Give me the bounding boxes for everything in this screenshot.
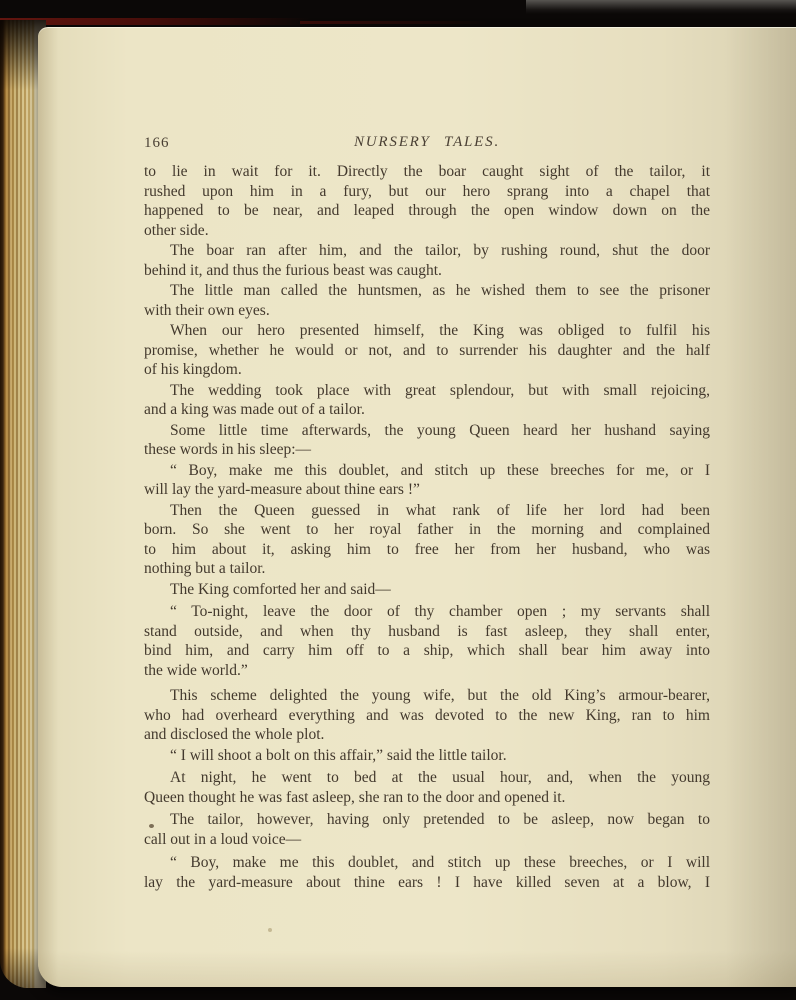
text-line: behind it, and thus the furious beast wa… — [144, 261, 710, 281]
book-cover-red-edge-thin — [300, 21, 490, 24]
text-line: happened to be near, and leaped through … — [144, 201, 710, 221]
text-line: Some little time afterwards, the young Q… — [144, 421, 710, 441]
paragraph: The King comforted her and said— — [144, 580, 710, 600]
text-line: “ Boy, make me this doublet, and stitch … — [144, 853, 710, 873]
paragraph: The wedding took place with great splend… — [144, 381, 710, 420]
book-scan: 166 NURSERY TALES. to lie in wait for it… — [0, 0, 796, 1000]
text-line: The wedding took place with great splend… — [144, 381, 710, 401]
text-line: will lay the yard-measure about thine ea… — [144, 480, 710, 500]
paragraph: “ Boy, make me this doublet, and stitch … — [144, 853, 710, 892]
text-line: The King comforted her and said— — [144, 580, 710, 600]
text-line: nothing but a tailor. — [144, 559, 710, 579]
text-line: born. So she went to her royal father in… — [144, 520, 710, 540]
text-line: The tailor, however, having only pretend… — [144, 810, 710, 830]
text-line: call out in a loud voice— — [144, 830, 710, 850]
text-line: the wide world.” — [144, 661, 710, 681]
paragraph: Then the Queen guessed in what rank of l… — [144, 501, 710, 579]
paragraph: This scheme delighted the young wife, bu… — [144, 686, 710, 745]
text-block: 166 NURSERY TALES. to lie in wait for it… — [144, 133, 710, 892]
text-line: to him about it, asking him to free her … — [144, 540, 710, 560]
text-line: and disclosed the whole plot. — [144, 725, 710, 745]
paragraph: When our hero presented himself, the Kin… — [144, 321, 710, 380]
paragraph: to lie in wait for it. Directly the boar… — [144, 162, 710, 240]
text-line: “ To-night, leave the door of thy chambe… — [144, 602, 710, 622]
paragraph: “ To-night, leave the door of thy chambe… — [144, 602, 710, 680]
text-line: other side. — [144, 221, 710, 241]
text-line: with their own eyes. — [144, 301, 710, 321]
background-glare — [526, 0, 796, 14]
text-line: of his kingdom. — [144, 360, 710, 380]
text-line: Then the Queen guessed in what rank of l… — [144, 501, 710, 521]
body-text: to lie in wait for it. Directly the boar… — [144, 162, 710, 892]
paragraph: “ I will shoot a bolt on this affair,” s… — [144, 746, 710, 766]
text-line: bind him, and carry him off to a ship, w… — [144, 641, 710, 661]
paragraph: Some little time afterwards, the young Q… — [144, 421, 710, 460]
text-line: promise, whether he would or not, and to… — [144, 341, 710, 361]
book-cover-red-edge — [0, 18, 310, 25]
text-line: to lie in wait for it. Directly the boar… — [144, 162, 710, 182]
text-line: When our hero presented himself, the Kin… — [144, 321, 710, 341]
text-line: and a king was made out of a tailor. — [144, 400, 710, 420]
text-line: At night, he went to bed at the usual ho… — [144, 768, 710, 788]
scan-speck — [268, 928, 272, 932]
text-line: Queen thought he was fast asleep, she ra… — [144, 788, 710, 808]
paragraph: The little man called the huntsmen, as h… — [144, 281, 710, 320]
text-line: these words in his sleep:— — [144, 440, 710, 460]
text-line: This scheme delighted the young wife, bu… — [144, 686, 710, 706]
text-line: stand outside, and when thy husband is f… — [144, 622, 710, 642]
text-line: rushed upon him in a fury, but our hero … — [144, 182, 710, 202]
page-number: 166 — [144, 135, 170, 152]
text-line: “ I will shoot a bolt on this affair,” s… — [144, 746, 710, 766]
paragraph: The tailor, however, having only pretend… — [144, 810, 710, 849]
text-line: lay the yard-measure about thine ears ! … — [144, 873, 710, 893]
text-line: The boar ran after him, and the tailor, … — [144, 241, 710, 261]
paragraph: “ Boy, make me this doublet, and stitch … — [144, 461, 710, 500]
text-line: who had overheard everything and was dev… — [144, 706, 710, 726]
text-line: The little man called the huntsmen, as h… — [144, 281, 710, 301]
page-header: 166 NURSERY TALES. — [144, 133, 710, 153]
paragraph: At night, he went to bed at the usual ho… — [144, 768, 710, 807]
running-title: NURSERY TALES. — [354, 134, 500, 150]
paragraph: The boar ran after him, and the tailor, … — [144, 241, 710, 280]
text-line: “ Boy, make me this doublet, and stitch … — [144, 461, 710, 481]
